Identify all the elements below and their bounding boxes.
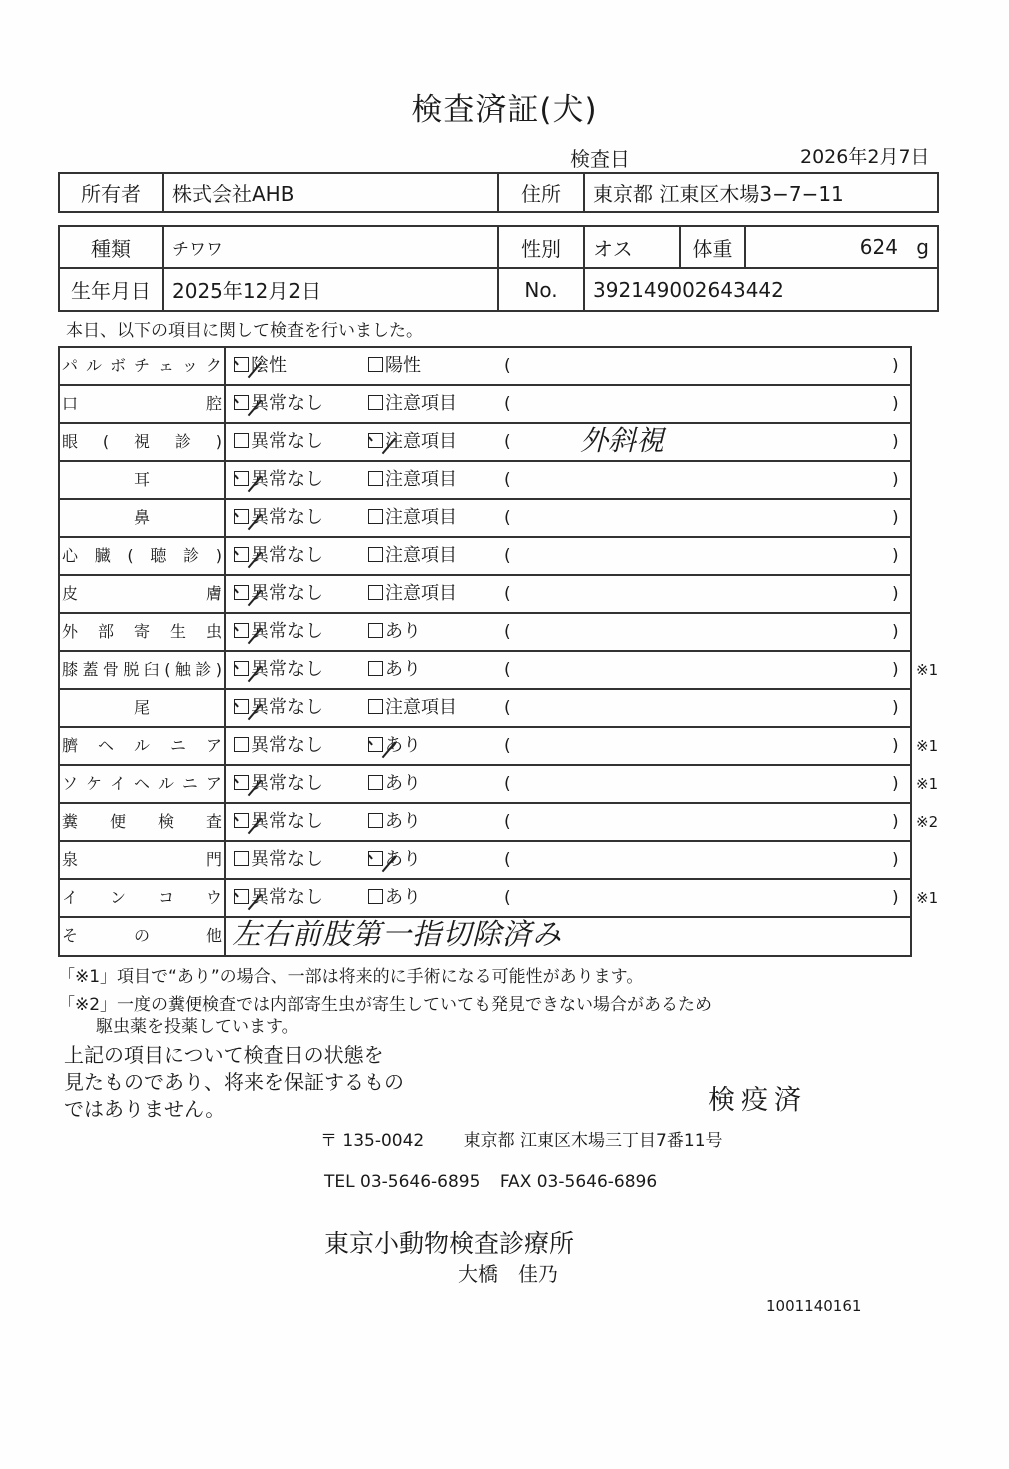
checkbox-checked-icon[interactable]	[234, 471, 249, 486]
option-abnormal[interactable]: 注意項目	[368, 690, 457, 726]
label-char: ン	[110, 880, 126, 916]
checklist-row: 耳異常なし注意項目()	[60, 462, 910, 500]
checkbox-empty-icon[interactable]	[368, 775, 383, 790]
checkbox-checked-icon[interactable]	[234, 357, 249, 372]
option-label: あり	[385, 773, 421, 794]
owner-label: 所有者	[59, 173, 163, 212]
checkbox-empty-icon[interactable]	[234, 433, 249, 448]
checklist-row: 糞便検査異常なしあり()※2	[60, 804, 910, 842]
option-normal[interactable]: 異常なし	[234, 538, 323, 574]
label-char: 臼	[144, 652, 160, 688]
note-open-paren: (	[504, 614, 511, 650]
option-normal[interactable]: 異常なし	[234, 690, 323, 726]
footnote-mark: ※1	[916, 652, 938, 688]
checkbox-checked-icon[interactable]	[234, 547, 249, 562]
checkbox-checked-icon[interactable]	[234, 395, 249, 410]
label-char: 診	[195, 652, 211, 688]
label-char: 脱	[123, 652, 139, 688]
column-divider	[224, 348, 226, 384]
label-char: )	[216, 538, 222, 574]
checkbox-empty-icon[interactable]	[368, 889, 383, 904]
checklist-item-label: 口腔	[62, 386, 224, 422]
checkbox-checked-icon[interactable]	[234, 661, 249, 676]
checkbox-empty-icon[interactable]	[368, 471, 383, 486]
label-char: そ	[62, 918, 78, 954]
checkbox-checked-icon[interactable]	[234, 699, 249, 714]
label-char: の	[134, 918, 150, 954]
intro-text: 本日、以下の項目に関して検査を行いました。	[66, 316, 423, 341]
handwritten-note[interactable]: 外斜視	[580, 420, 664, 462]
column-divider	[224, 614, 226, 650]
label-char: 視	[134, 424, 150, 460]
inspection-date-label: 検査日	[570, 143, 630, 172]
checkbox-checked-icon[interactable]	[234, 585, 249, 600]
note-open-paren: (	[504, 842, 511, 878]
option-label: 異常なし	[251, 697, 323, 718]
footnote-mark: ※2	[916, 804, 938, 840]
option-normal[interactable]: 異常なし	[234, 576, 323, 612]
label-char: ボ	[110, 348, 126, 384]
weight-value: 624	[860, 235, 898, 259]
label-char: ア	[206, 728, 222, 764]
clinic-street: 東京都 江東区木場三丁目7番11号	[464, 1131, 723, 1151]
note-open-paren: (	[504, 804, 511, 840]
document-number: 1001140161	[766, 1297, 861, 1315]
label-char: 他	[206, 918, 222, 954]
option-abnormal[interactable]: あり	[368, 614, 421, 650]
option-normal[interactable]: 異常なし	[234, 880, 323, 916]
option-label: 注意項目	[385, 583, 457, 604]
label-char: ヘ	[134, 766, 150, 802]
option-label: あり	[385, 887, 421, 908]
note-open-paren: (	[504, 728, 511, 764]
checkbox-empty-icon[interactable]	[234, 737, 249, 752]
option-label: 異常なし	[251, 849, 323, 870]
note-open-paren: (	[504, 500, 511, 536]
option-label: 異常なし	[251, 583, 323, 604]
note-open-paren: (	[504, 576, 511, 612]
option-label: 注意項目	[385, 431, 457, 452]
checklist-item-label: ソケイヘルニア	[62, 766, 224, 802]
clinic-contact: TEL 03-5646-6895 FAX 03-5646-6896	[324, 1172, 657, 1192]
option-normal[interactable]: 異常なし	[234, 462, 323, 498]
label-char: 門	[206, 842, 222, 878]
checklist-row: パルボチェック陰性陽性()	[60, 348, 910, 386]
note-close-paren: )	[892, 880, 899, 916]
column-divider	[224, 842, 226, 878]
checklist-table: パルボチェック陰性陽性()口腔異常なし注意項目()眼(視診)異常なし注意項目(外…	[58, 346, 912, 957]
option-abnormal[interactable]: 注意項目	[368, 576, 457, 612]
note-close-paren: )	[892, 614, 899, 650]
clinic-tel: TEL 03-5646-6895	[324, 1172, 480, 1192]
breed-label: 種類	[59, 226, 163, 268]
checklist-item-label: 外部寄生虫	[62, 614, 224, 650]
sex-value: オス	[584, 226, 680, 268]
checklist-row-other: その他左右前肢第一指切除済み	[60, 918, 910, 957]
option-normal[interactable]: 異常なし	[234, 766, 323, 802]
dob-value: 2025年12月2日	[163, 268, 498, 311]
option-normal[interactable]: 異常なし	[234, 842, 323, 878]
note-open-paren: (	[504, 348, 511, 384]
label-char: イ	[62, 880, 78, 916]
note-close-paren: )	[892, 766, 899, 802]
label-char: )	[216, 424, 222, 460]
option-label: 注意項目	[385, 469, 457, 490]
option-normal[interactable]: 異常なし	[234, 728, 323, 764]
option-label: 異常なし	[251, 735, 323, 756]
option-abnormal[interactable]: あり	[368, 652, 421, 688]
option-normal[interactable]: 異常なし	[234, 424, 323, 460]
option-abnormal[interactable]: 注意項目	[368, 538, 457, 574]
checkbox-empty-icon[interactable]	[368, 547, 383, 562]
option-normal[interactable]: 異常なし	[234, 652, 323, 688]
note-close-paren: )	[892, 538, 899, 574]
label-char: チ	[134, 348, 150, 384]
option-label: 異常なし	[251, 393, 323, 414]
checklist-row: 外部寄生虫異常なしあり()	[60, 614, 910, 652]
column-divider	[224, 728, 226, 764]
disclaimer-line: 見たものであり、将来を保証するもの	[64, 1069, 404, 1096]
weight-cell: 624 g	[745, 226, 938, 268]
address-value: 東京都 江東区木場3−7−11	[584, 173, 938, 212]
label-char: (	[103, 424, 109, 460]
document-title: 検査済証(犬)	[0, 84, 1009, 129]
option-abnormal[interactable]: 注意項目	[368, 462, 457, 498]
checklist-row: 眼(視診)異常なし注意項目(外斜視)	[60, 424, 910, 462]
footnote-1: 「※1」項目で“あり”の場合、一部は将来的に手術になる可能性があります。	[58, 962, 643, 987]
label-char: 聴	[150, 538, 166, 574]
checklist-row: 尾異常なし注意項目()	[60, 690, 910, 728]
note-close-paren: )	[892, 690, 899, 726]
clinic-zip: 〒 135-0042	[320, 1131, 424, 1151]
checklist-item-label-text: 鼻	[134, 500, 150, 536]
label-char: 皮	[62, 576, 78, 612]
animal-table: 種類 チワワ 性別 オス 体重 624 g 生年月日 2025年12月2日 No…	[58, 225, 939, 312]
label-char: 腔	[206, 386, 222, 422]
label-char: 外	[62, 614, 78, 650]
label-char: 査	[206, 804, 222, 840]
checkbox-checked-icon[interactable]	[234, 813, 249, 828]
option-label: 異常なし	[251, 431, 323, 452]
sex-label: 性別	[498, 226, 584, 268]
quarantine-stamp: 検疫済	[708, 1078, 807, 1117]
note-close-paren: )	[892, 424, 899, 460]
option-abnormal[interactable]: あり	[368, 880, 421, 916]
checklist-item-label: 糞便検査	[62, 804, 224, 840]
option-normal[interactable]: 陰性	[234, 348, 287, 384]
option-label: あり	[385, 659, 421, 680]
label-char: (	[127, 538, 133, 574]
note-close-paren: )	[892, 386, 899, 422]
checklist-item-label-text: 尾	[134, 690, 150, 726]
label-char: ニ	[170, 728, 186, 764]
note-close-paren: )	[892, 576, 899, 612]
clinic-fax: FAX 03-5646-6896	[500, 1172, 657, 1192]
footnote-mark: ※1	[916, 766, 938, 802]
column-divider	[224, 424, 226, 460]
label-char: ル	[86, 348, 102, 384]
column-divider	[224, 918, 226, 955]
owner-table: 所有者 株式会社AHB 住所 東京都 江東区木場3−7−11	[58, 172, 939, 213]
weight-unit: g	[916, 235, 929, 259]
column-divider	[224, 690, 226, 726]
label-char: ル	[158, 766, 174, 802]
checkbox-empty-icon[interactable]	[368, 661, 383, 676]
note-close-paren: )	[892, 728, 899, 764]
checkbox-checked-icon[interactable]	[368, 737, 383, 752]
checkbox-empty-icon[interactable]	[368, 813, 383, 828]
checklist-item-label: 泉門	[62, 842, 224, 878]
clinic-name: 東京小動物検査診療所	[324, 1224, 574, 1260]
label-char: ア	[206, 766, 222, 802]
owner-value: 株式会社AHB	[163, 173, 498, 212]
checklist-row: 臍ヘルニア異常なしあり()※1	[60, 728, 910, 766]
dob-label: 生年月日	[59, 268, 163, 311]
option-label: 注意項目	[385, 507, 457, 528]
column-divider	[224, 576, 226, 612]
note-open-paren: (	[504, 386, 511, 422]
checkbox-checked-icon[interactable]	[234, 623, 249, 638]
note-close-paren: )	[892, 804, 899, 840]
label-char: ル	[134, 728, 150, 764]
option-abnormal[interactable]: 注意項目	[368, 424, 457, 460]
note-close-paren: )	[892, 348, 899, 384]
checkbox-empty-icon[interactable]	[368, 585, 383, 600]
option-label: 異常なし	[251, 507, 323, 528]
option-label: 注意項目	[385, 697, 457, 718]
veterinarian-name: 大橋 佳乃	[458, 1258, 558, 1287]
label-char: 膚	[206, 576, 222, 612]
checklist-row: 膝蓋骨脱臼(触診)異常なしあり()※1	[60, 652, 910, 690]
option-label: 異常なし	[251, 469, 323, 490]
note-open-paren: (	[504, 424, 511, 460]
label-char: 診	[175, 424, 191, 460]
note-open-paren: (	[504, 652, 511, 688]
label-char: 泉	[62, 842, 78, 878]
label-char: イ	[110, 766, 126, 802]
weight-label: 体重	[680, 226, 745, 268]
other-handwritten-value[interactable]: 左右前肢第一指切除済み	[232, 912, 562, 956]
note-close-paren: )	[892, 652, 899, 688]
checklist-item-label: インコウ	[62, 880, 224, 916]
option-abnormal[interactable]: あり	[368, 842, 421, 878]
column-divider	[224, 500, 226, 536]
note-open-paren: (	[504, 690, 511, 726]
checklist-item-label: 耳	[62, 462, 224, 498]
label-char: 蓋	[82, 652, 98, 688]
checkbox-empty-icon[interactable]	[368, 395, 383, 410]
note-close-paren: )	[892, 462, 899, 498]
disclaimer-line: 上記の項目について検査日の状態を	[64, 1042, 404, 1069]
note-open-paren: (	[504, 766, 511, 802]
option-label: 異常なし	[251, 811, 323, 832]
label-char: 生	[170, 614, 186, 650]
checklist-item-label: 膝蓋骨脱臼(触診)	[62, 652, 224, 688]
checkbox-empty-icon[interactable]	[234, 851, 249, 866]
checklist-item-label: 眼(視診)	[62, 424, 224, 460]
label-char: 骨	[103, 652, 119, 688]
label-char: ウ	[206, 880, 222, 916]
option-normal[interactable]: 異常なし	[234, 386, 323, 422]
column-divider	[224, 804, 226, 840]
footnote-2-continued: 駆虫薬を投薬しています。	[96, 1012, 299, 1037]
label-char: 糞	[62, 804, 78, 840]
label-char: 検	[158, 804, 174, 840]
checkbox-checked-icon[interactable]	[234, 775, 249, 790]
option-abnormal[interactable]: あり	[368, 728, 421, 764]
label-char: )	[216, 652, 222, 688]
clinic-address: 〒 135-0042 東京都 江東区木場三丁目7番11号	[320, 1126, 723, 1151]
label-char: ソ	[62, 766, 78, 802]
checklist-item-label: 鼻	[62, 500, 224, 536]
label-char: ッ	[182, 348, 198, 384]
option-label: 異常なし	[251, 621, 323, 642]
option-label: 異常なし	[251, 887, 323, 908]
inspection-date-value: 2026年2月7日	[800, 142, 930, 169]
option-abnormal[interactable]: 注意項目	[368, 500, 457, 536]
checkbox-empty-icon[interactable]	[368, 357, 383, 372]
option-normal[interactable]: 異常なし	[234, 804, 323, 840]
checkbox-empty-icon[interactable]	[368, 699, 383, 714]
option-label: 異常なし	[251, 545, 323, 566]
checkbox-checked-icon[interactable]	[368, 851, 383, 866]
option-abnormal[interactable]: 注意項目	[368, 386, 457, 422]
option-label: あり	[385, 811, 421, 832]
label-char: 虫	[206, 614, 222, 650]
column-divider	[224, 538, 226, 574]
disclaimer: 上記の項目について検査日の状態を 見たものであり、将来を保証するもの ではありま…	[64, 1042, 404, 1123]
column-divider	[224, 386, 226, 422]
checkbox-checked-icon[interactable]	[234, 889, 249, 904]
option-label: 異常なし	[251, 659, 323, 680]
option-label: 異常なし	[251, 773, 323, 794]
label-char: ェ	[158, 348, 174, 384]
checklist-row: ソケイヘルニア異常なしあり()※1	[60, 766, 910, 804]
checkbox-empty-icon[interactable]	[368, 623, 383, 638]
label-char: コ	[158, 880, 174, 916]
label-char: 膝	[62, 652, 78, 688]
checkbox-checked-icon[interactable]	[234, 509, 249, 524]
option-label: 注意項目	[385, 545, 457, 566]
option-label: 注意項目	[385, 393, 457, 414]
no-label: No.	[498, 268, 584, 311]
column-divider	[224, 766, 226, 802]
option-label: あり	[385, 621, 421, 642]
no-value: 392149002643442	[584, 268, 938, 311]
label-char: 便	[110, 804, 126, 840]
label-char: パ	[62, 348, 78, 384]
note-open-paren: (	[504, 538, 511, 574]
option-normal[interactable]: 異常なし	[234, 614, 323, 650]
breed-value: チワワ	[163, 226, 498, 268]
option-normal[interactable]: 異常なし	[234, 500, 323, 536]
checklist-item-label: 臍ヘルニア	[62, 728, 224, 764]
checklist-row: 心臓(聴診)異常なし注意項目()	[60, 538, 910, 576]
option-label: 陽性	[385, 355, 421, 376]
label-char: ケ	[86, 766, 102, 802]
address-label: 住所	[498, 173, 584, 212]
label-char: 寄	[134, 614, 150, 650]
note-close-paren: )	[892, 842, 899, 878]
column-divider	[224, 880, 226, 916]
label-char: 臍	[62, 728, 78, 764]
label-char: (	[164, 652, 170, 688]
checklist-item-label: 皮膚	[62, 576, 224, 612]
note-open-paren: (	[504, 880, 511, 916]
checkbox-empty-icon[interactable]	[368, 509, 383, 524]
other-label: その他	[62, 918, 224, 954]
footnote-mark: ※1	[916, 728, 938, 764]
checklist-row: 皮膚異常なし注意項目()	[60, 576, 910, 614]
note-open-paren: (	[504, 462, 511, 498]
label-char: 心	[62, 538, 78, 574]
option-abnormal[interactable]: あり	[368, 766, 421, 802]
label-char: ク	[206, 348, 222, 384]
label-char: 眼	[62, 424, 78, 460]
label-char: ニ	[182, 766, 198, 802]
disclaimer-line: ではありません。	[64, 1096, 404, 1123]
label-char: 触	[175, 652, 191, 688]
footnote-mark: ※1	[916, 880, 938, 916]
label-char: 部	[98, 614, 114, 650]
option-abnormal[interactable]: あり	[368, 804, 421, 840]
checklist-row: 鼻異常なし注意項目()	[60, 500, 910, 538]
label-char: 診	[183, 538, 199, 574]
checklist-item-label-text: 耳	[134, 462, 150, 498]
checklist-item-label: 心臓(聴診)	[62, 538, 224, 574]
note-close-paren: )	[892, 500, 899, 536]
checklist-item-label: パルボチェック	[62, 348, 224, 384]
checklist-item-label: 尾	[62, 690, 224, 726]
column-divider	[224, 652, 226, 688]
checklist-row: 口腔異常なし注意項目()	[60, 386, 910, 424]
checkbox-checked-icon[interactable]	[368, 433, 383, 448]
checklist-row: 泉門異常なしあり()	[60, 842, 910, 880]
label-char: 臓	[95, 538, 111, 574]
column-divider	[224, 462, 226, 498]
label-char: 口	[62, 386, 78, 422]
option-abnormal[interactable]: 陽性	[368, 348, 421, 384]
label-char: ヘ	[98, 728, 114, 764]
